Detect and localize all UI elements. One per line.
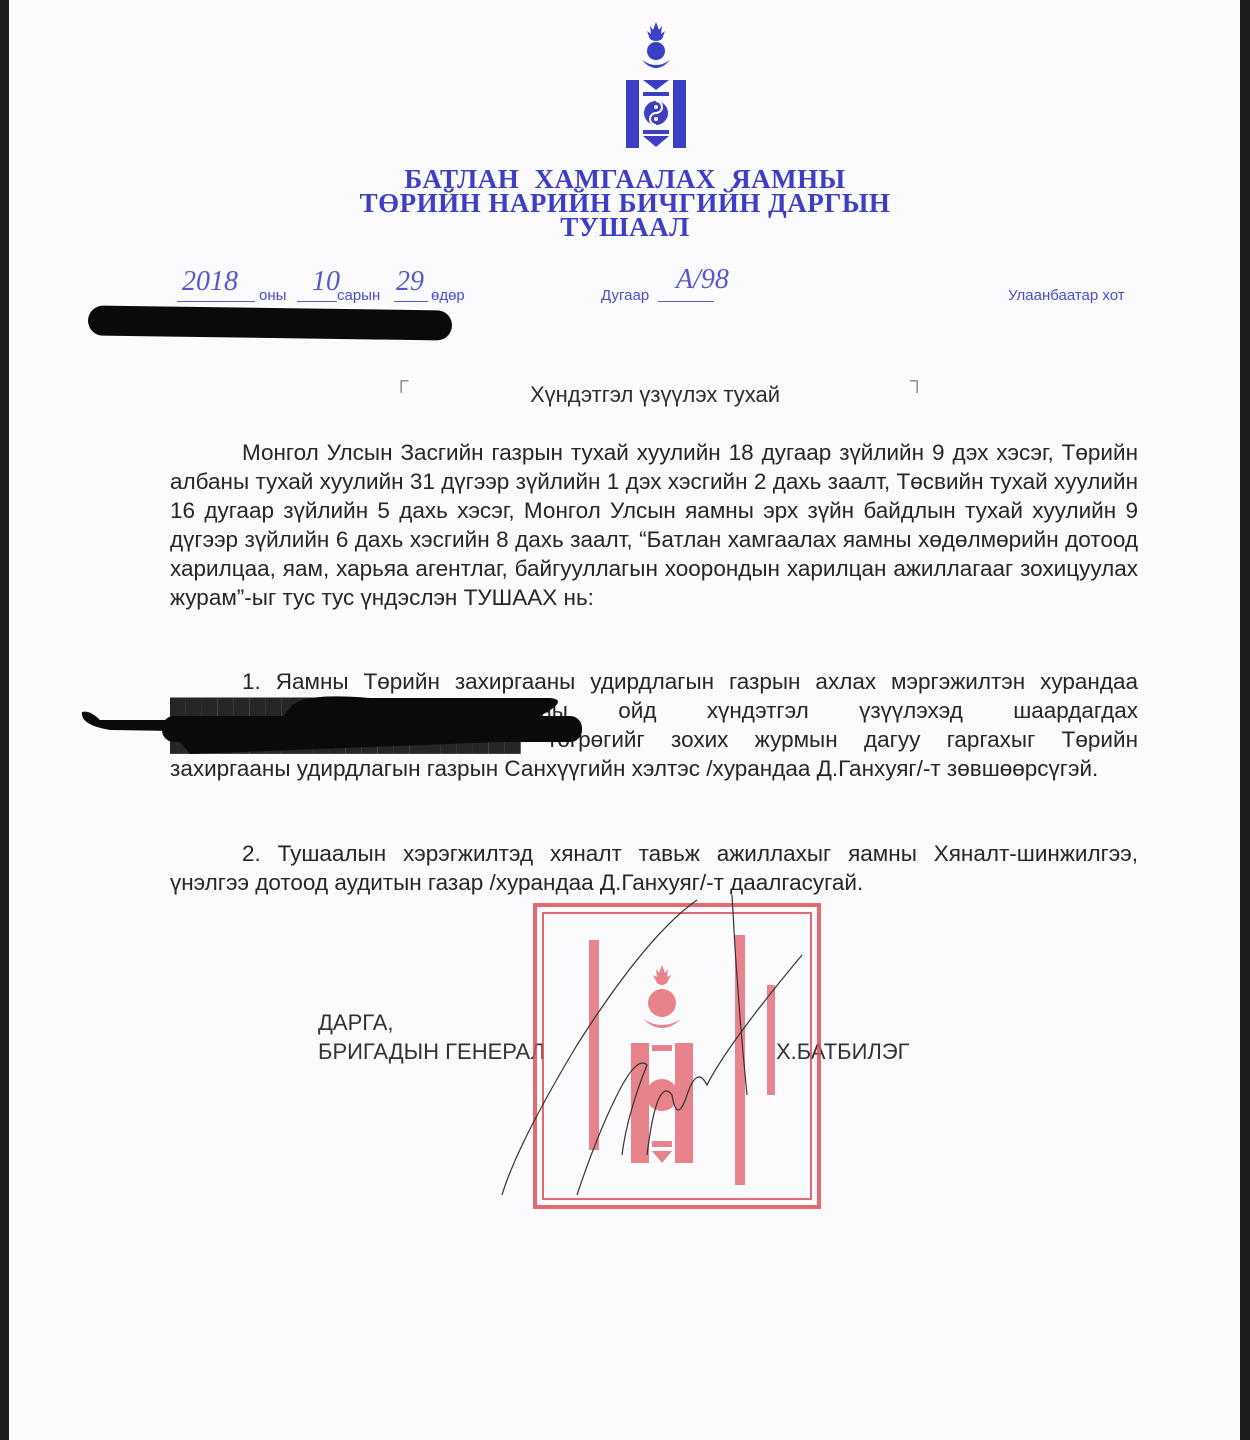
- preamble-paragraph: Монгол Улсын Засгийн газрын тухай хуулий…: [170, 438, 1138, 612]
- soyombo-emblem-icon: [616, 20, 696, 150]
- number-handwritten: А/98: [676, 264, 729, 296]
- day-underline: [394, 300, 428, 302]
- number-underline: [658, 300, 714, 302]
- day-handwritten: 29: [396, 266, 424, 298]
- year-underline: [177, 300, 255, 302]
- order-item-2: 2. Тушаалын хэрэгжилтэд хяналт тавьж ажи…: [170, 839, 1138, 897]
- city-label: Улаанбаатар хот: [1008, 287, 1125, 304]
- redaction-scribble: [70, 690, 600, 760]
- signatory-position-1: ДАРГА,: [318, 1008, 393, 1037]
- year-handwritten: 2018: [182, 266, 238, 298]
- official-seal-icon: [497, 895, 827, 1215]
- month-label: сарын: [337, 287, 380, 304]
- letterhead-line-3: ТУШААЛ: [0, 214, 1250, 241]
- number-label: Дугаар: [601, 287, 649, 304]
- month-handwritten: 10: [312, 266, 340, 298]
- redaction-mark: [88, 305, 452, 340]
- year-label: оны: [259, 287, 286, 304]
- month-underline: [297, 300, 337, 302]
- document-title: Хүндэтгэл үзүүлэх тухай: [0, 382, 1250, 408]
- day-label: өдөр: [431, 287, 465, 304]
